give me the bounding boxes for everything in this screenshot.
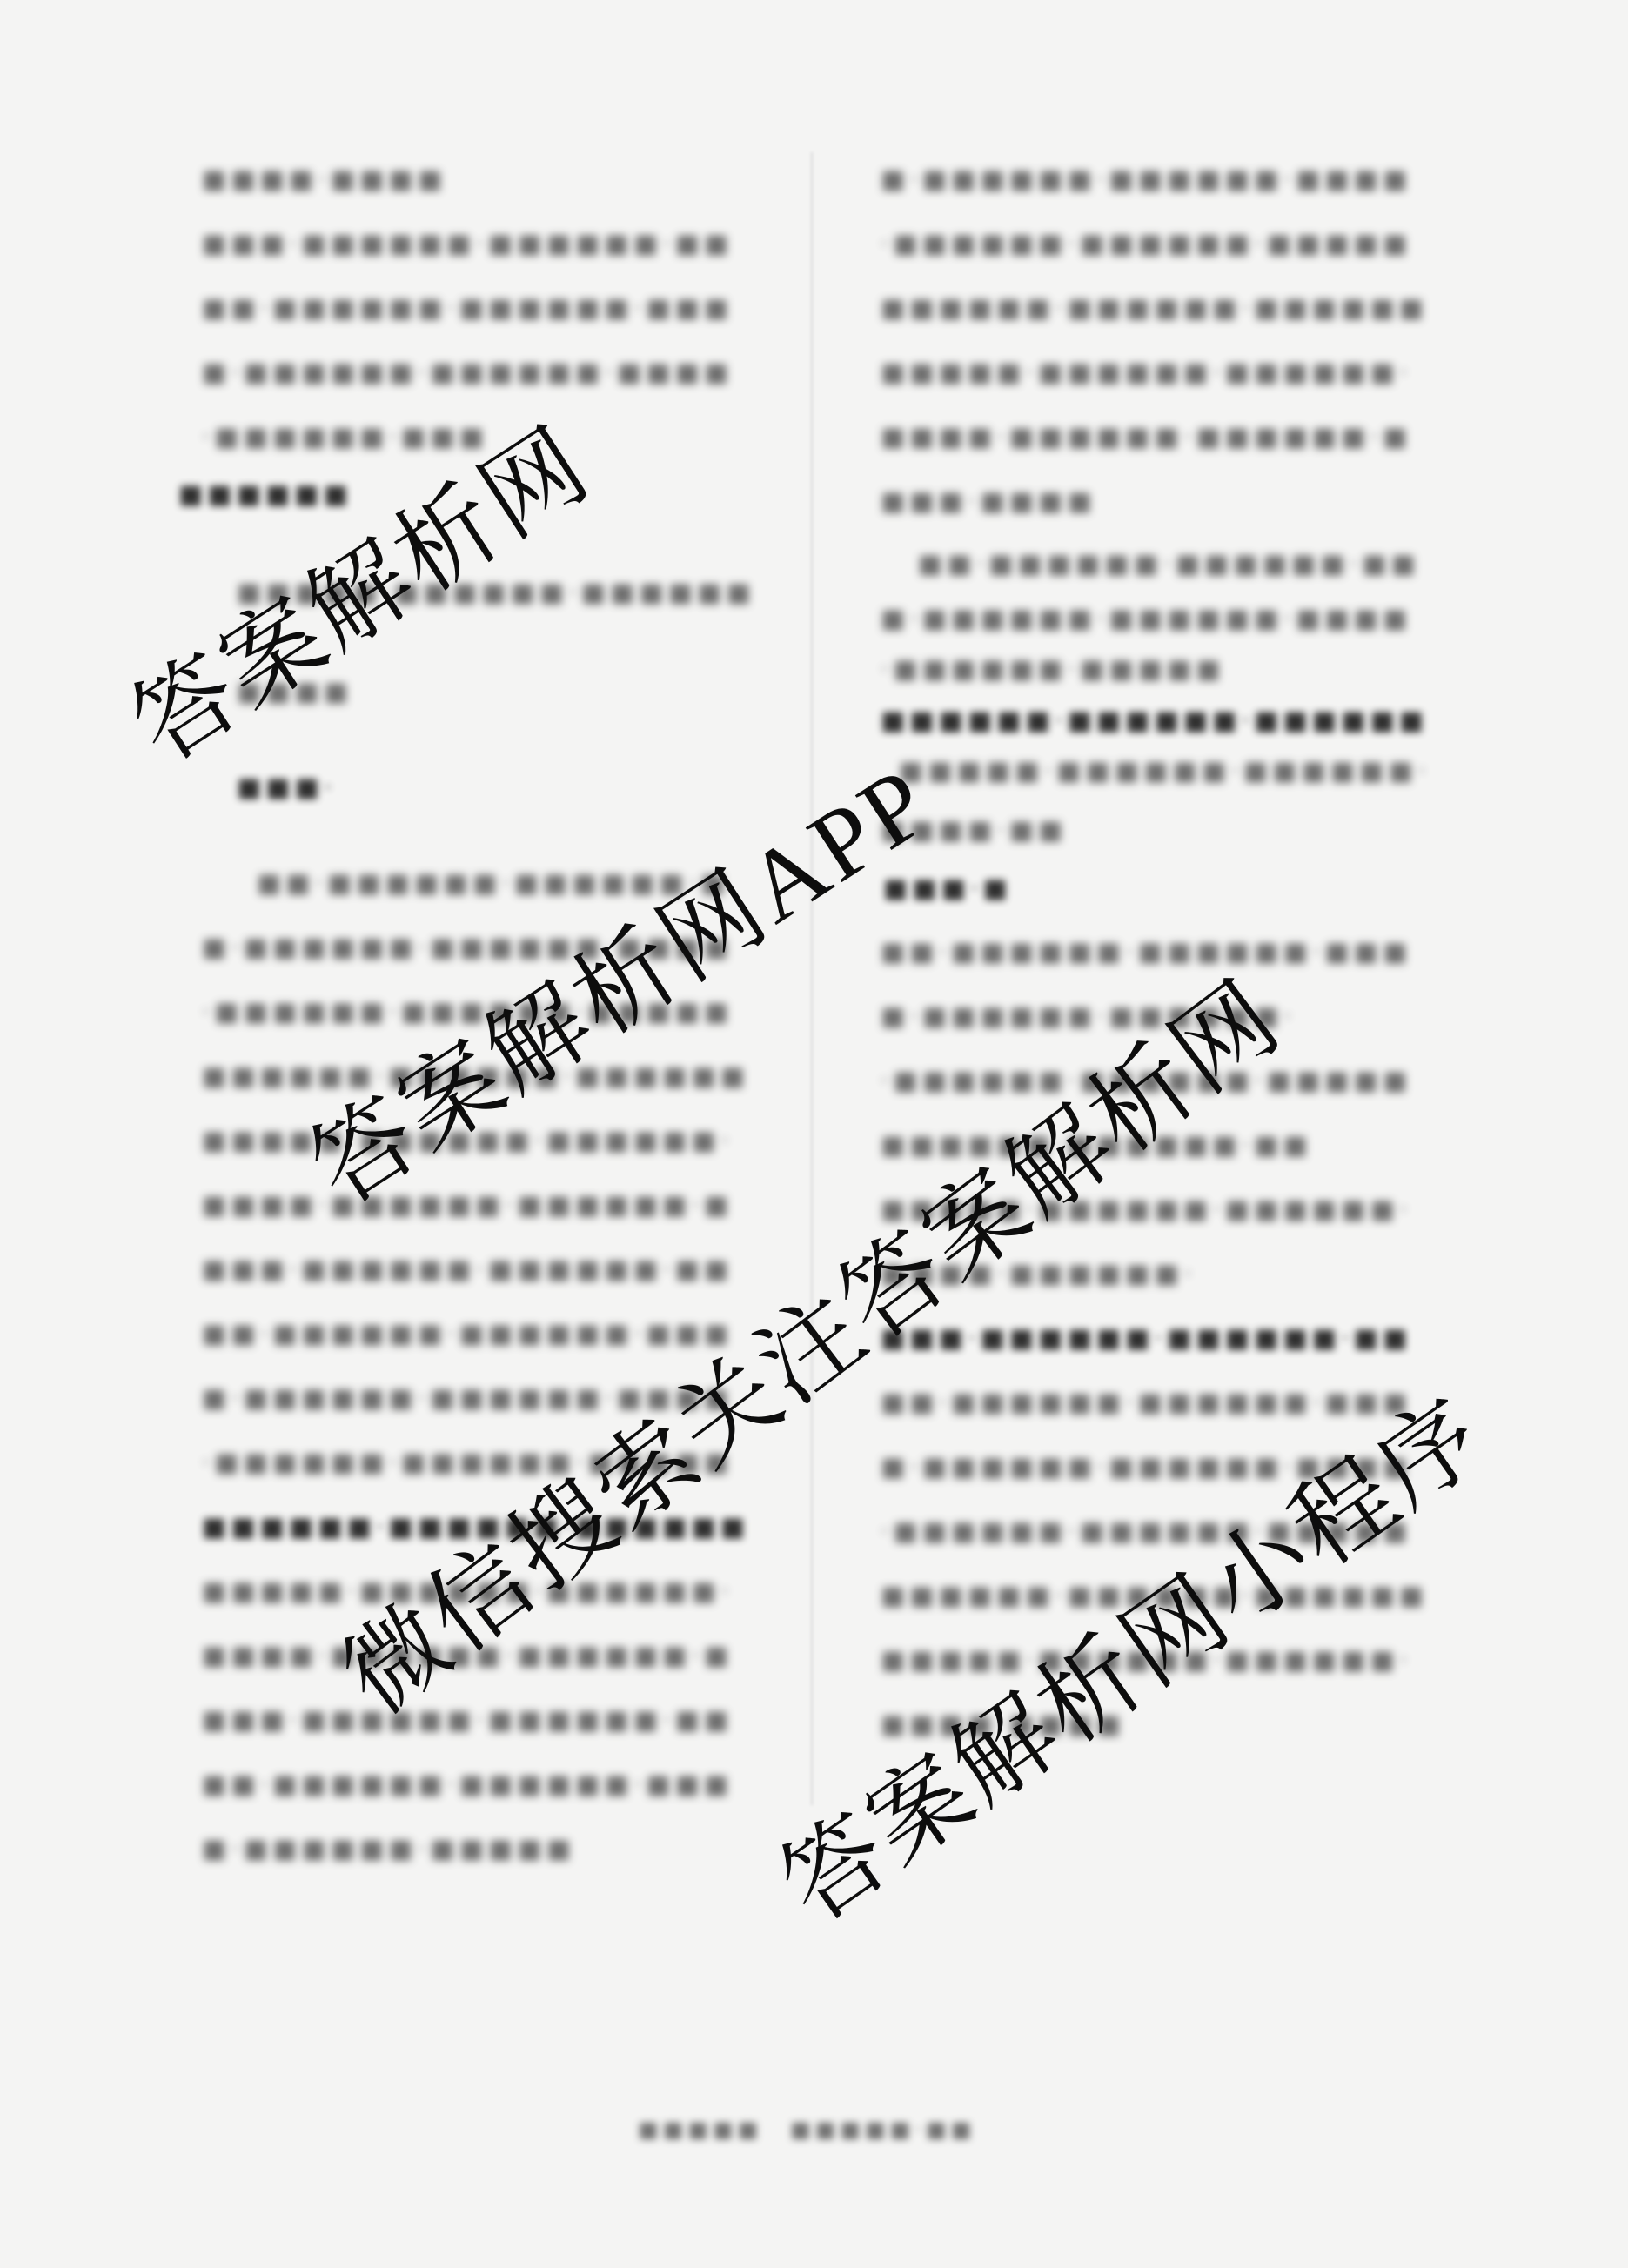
blurred-text-line: ■■■■■·■■■■■■·■■■■■■· <box>881 358 1411 388</box>
blurred-text-line: ■■·■■■■■■·■■■■■■·■■■ <box>881 938 1411 967</box>
blurred-text-line: ■■■■·■■■■■■·■■■■■■·■ <box>881 423 1411 452</box>
blurred-text-line: ·■■■■■■·■■■ <box>202 423 488 452</box>
blurred-text-line: ■■■·■■■■■■·■■■■■■·■■ <box>202 230 733 259</box>
blurred-text-line: ■■·■■■■■■·■■■■■■·■■■ <box>202 294 733 324</box>
blurred-text-line: ■■·■■■■■■·■■■■■■·■■■ <box>881 1388 1411 1418</box>
blurred-text-line: ■■■·■■■■■■·■■■■■■·■■ <box>881 1324 1411 1354</box>
blurred-text-line: ■■■■·■■■■ <box>202 165 446 195</box>
blurred-text-line: ■■■■■■ <box>178 480 352 510</box>
footer-blurred-segment: ■■■■■·■■ <box>790 2117 975 2143</box>
blurred-text-line: ■■■·■■■■ <box>881 487 1096 517</box>
blurred-text-line: ■·■■■■■■·■■■■■■·■■■■ <box>202 358 733 388</box>
column-divider <box>811 152 813 1805</box>
blurred-text-line: ■■■■·■■■■■■·■■■■■■·■ <box>202 1191 733 1221</box>
blurred-text-line: ·■■■■■■·■■■■■■·■■■■■ <box>881 230 1411 259</box>
blurred-text-line: ■■■·■ <box>883 874 1012 904</box>
blurred-text-line: ■■·■■■■■■·■■■■■■·■■■ <box>202 1320 733 1349</box>
blurred-text-line: ■■■■■·■■■■■■·■■■■■■· <box>899 757 1430 786</box>
blurred-text-line: ■■■·■■■■■■·■■■■■■·■■ <box>202 1706 733 1736</box>
blurred-text-line: ■■■■■■·■■■■■■·■■■■■■ <box>881 706 1428 736</box>
blurred-text-line: ■·■■■■■■·■■■■■■·■■■■ <box>881 605 1411 634</box>
blurred-text-line: ■■■■■■·■■■■■■·■■■■■■ <box>881 294 1428 324</box>
blurred-text-line: ■■■·■■■■■■·■■■■■■·■■ <box>202 1255 733 1285</box>
blurred-text-line: ■■·■■■■■■·■■■■■■·■■■ <box>202 1770 733 1800</box>
blurred-text-line: ■·■■■■■■·■■■■■ <box>202 1835 575 1864</box>
blurred-text-line: ·■■■■■■·■■■■■ <box>881 655 1225 685</box>
blurred-text-line: ■■·■■■■■■·■■■■■■·■■ <box>918 550 1420 579</box>
footer-blurred-segment: ■■■■■ <box>638 2117 762 2143</box>
blurred-text-line: ■·■■■■■■·■■■■■■·■■■■ <box>881 165 1411 195</box>
blurred-text-line: ■■■· <box>237 773 337 803</box>
document-page: ■■■■·■■■■■■■·■■■■■■·■■■■■■·■■■■·■■■■■■·■… <box>0 0 1628 2268</box>
